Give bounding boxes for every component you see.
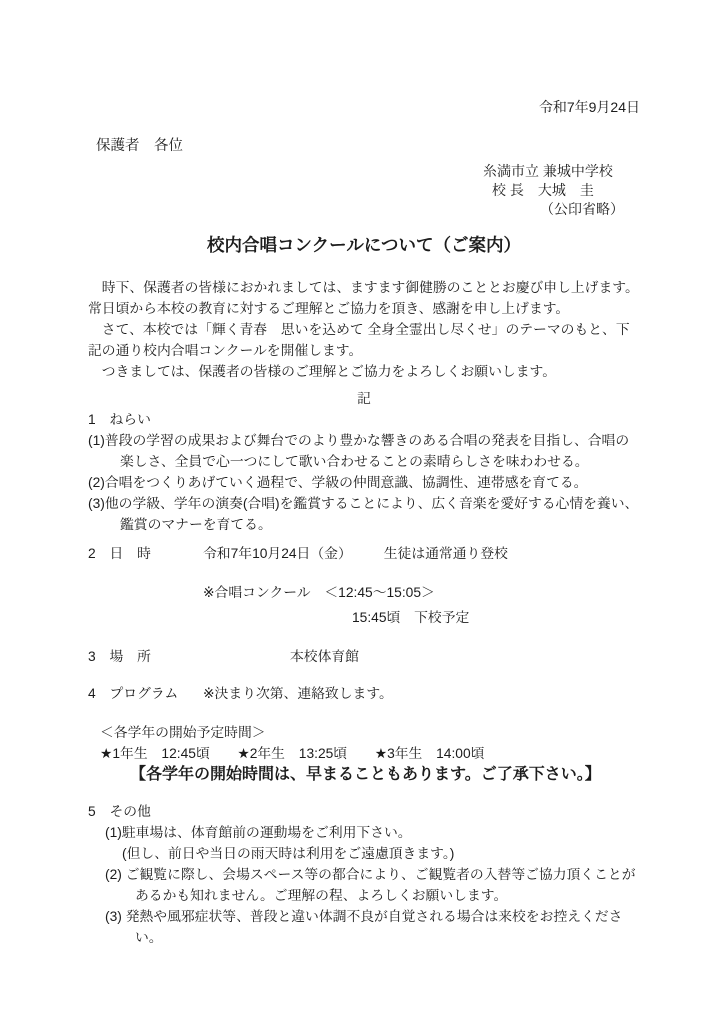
datetime-label: 2 日 時 bbox=[88, 543, 203, 564]
seal-omission-note: （公印省略） bbox=[540, 200, 640, 219]
program-value: ※決まり次第、連絡致します。 bbox=[203, 686, 393, 701]
record-marker: 記 bbox=[88, 388, 640, 409]
aim-item-2: (2)合唱をつくりあげていく過程で、学級の仲間意識、協調性、連帯感を育てる。 bbox=[88, 472, 640, 493]
sender-block: 糸満市立 兼城中学校 校 長 大城 圭 （公印省略） bbox=[483, 162, 640, 219]
sender-principal: 校 長 大城 圭 bbox=[492, 181, 640, 200]
aim-heading: 1 ねらい bbox=[88, 409, 640, 430]
others-item-2: (2) ご観覧に際し、会場スペース等の都合により、ご観覧者の入替等ご協力頂くこと… bbox=[105, 864, 640, 906]
others-item-1-sub: (但し、前日や当日の雨天時は利用をご遠慮頂きます。) bbox=[122, 843, 640, 864]
intro-paragraph-1: 時下、保護者の皆様におかれましては、ますます御健勝のこととお慶び申し上げます。常… bbox=[88, 277, 640, 319]
others-heading: 5 その他 bbox=[88, 801, 640, 822]
document-title: 校内合唱コンクールについて（ご案内） bbox=[88, 233, 640, 257]
others-item-1: (1)駐車場は、体育館前の運動場をご利用下さい。 bbox=[105, 822, 640, 843]
aim-item-1: (1)普段の学習の成果および舞台でのより豊かな響きのある合唱の発表を目指し、合唱… bbox=[88, 430, 640, 472]
place-label: 3 場 所 bbox=[88, 646, 203, 667]
program-row: 4 プログラム※決まり次第、連絡致します。 bbox=[88, 683, 640, 704]
intro-paragraphs: 時下、保護者の皆様におかれましては、ますます御健勝のこととお慶び申し上げます。常… bbox=[88, 277, 640, 382]
document-page: 令和7年9月24日 保護者 各位 糸満市立 兼城中学校 校 長 大城 圭 （公印… bbox=[0, 0, 724, 1024]
datetime-row: 2 日 時令和7年10月24日（金）生徒は通常通り登校 bbox=[88, 543, 640, 564]
sender-school: 糸満市立 兼城中学校 bbox=[483, 162, 640, 181]
issue-date: 令和7年9月24日 bbox=[88, 97, 640, 118]
recipient: 保護者 各位 bbox=[96, 136, 640, 157]
schedule-heading: ＜各学年の開始予定時間＞ bbox=[100, 722, 640, 743]
schedule-notice: 【各学年の開始時間は、早まることもあります。ご了承下さい。】 bbox=[130, 764, 640, 786]
program-label: 4 プログラム bbox=[88, 683, 203, 704]
others-item-3: (3) 発熱や風邪症状等、普段と違い体調不良が自覚される場合は来校をお控えくださ… bbox=[105, 906, 640, 948]
aim-item-3: (3)他の学級、学年の演奏(合唱)を鑑賞することにより、広く音楽を愛好する心情を… bbox=[88, 493, 640, 535]
datetime-value: 令和7年10月24日（金） bbox=[203, 546, 352, 561]
intro-paragraph-3: つきましては、保護者の皆様のご理解とご協力をよろしくお願いします。 bbox=[88, 361, 640, 382]
intro-paragraph-2: さて、本校では「輝く青春 思いを込めて 全身全霊出し尽くせ」のテーマのもと、下記… bbox=[88, 319, 640, 361]
dismissal-note: 15:45頃 下校予定 bbox=[352, 607, 640, 628]
schedule-times: ★1年生 12:45頃 ★2年生 13:25頃 ★3年生 14:00頃 bbox=[100, 743, 640, 764]
contest-time-note: ※合唱コンクール ＜12:45～15:05＞ bbox=[203, 582, 640, 603]
place-value: 本校体育館 bbox=[290, 649, 359, 664]
place-row: 3 場 所本校体育館 bbox=[88, 646, 640, 667]
attendance-note: 生徒は通常通り登校 bbox=[384, 546, 508, 561]
